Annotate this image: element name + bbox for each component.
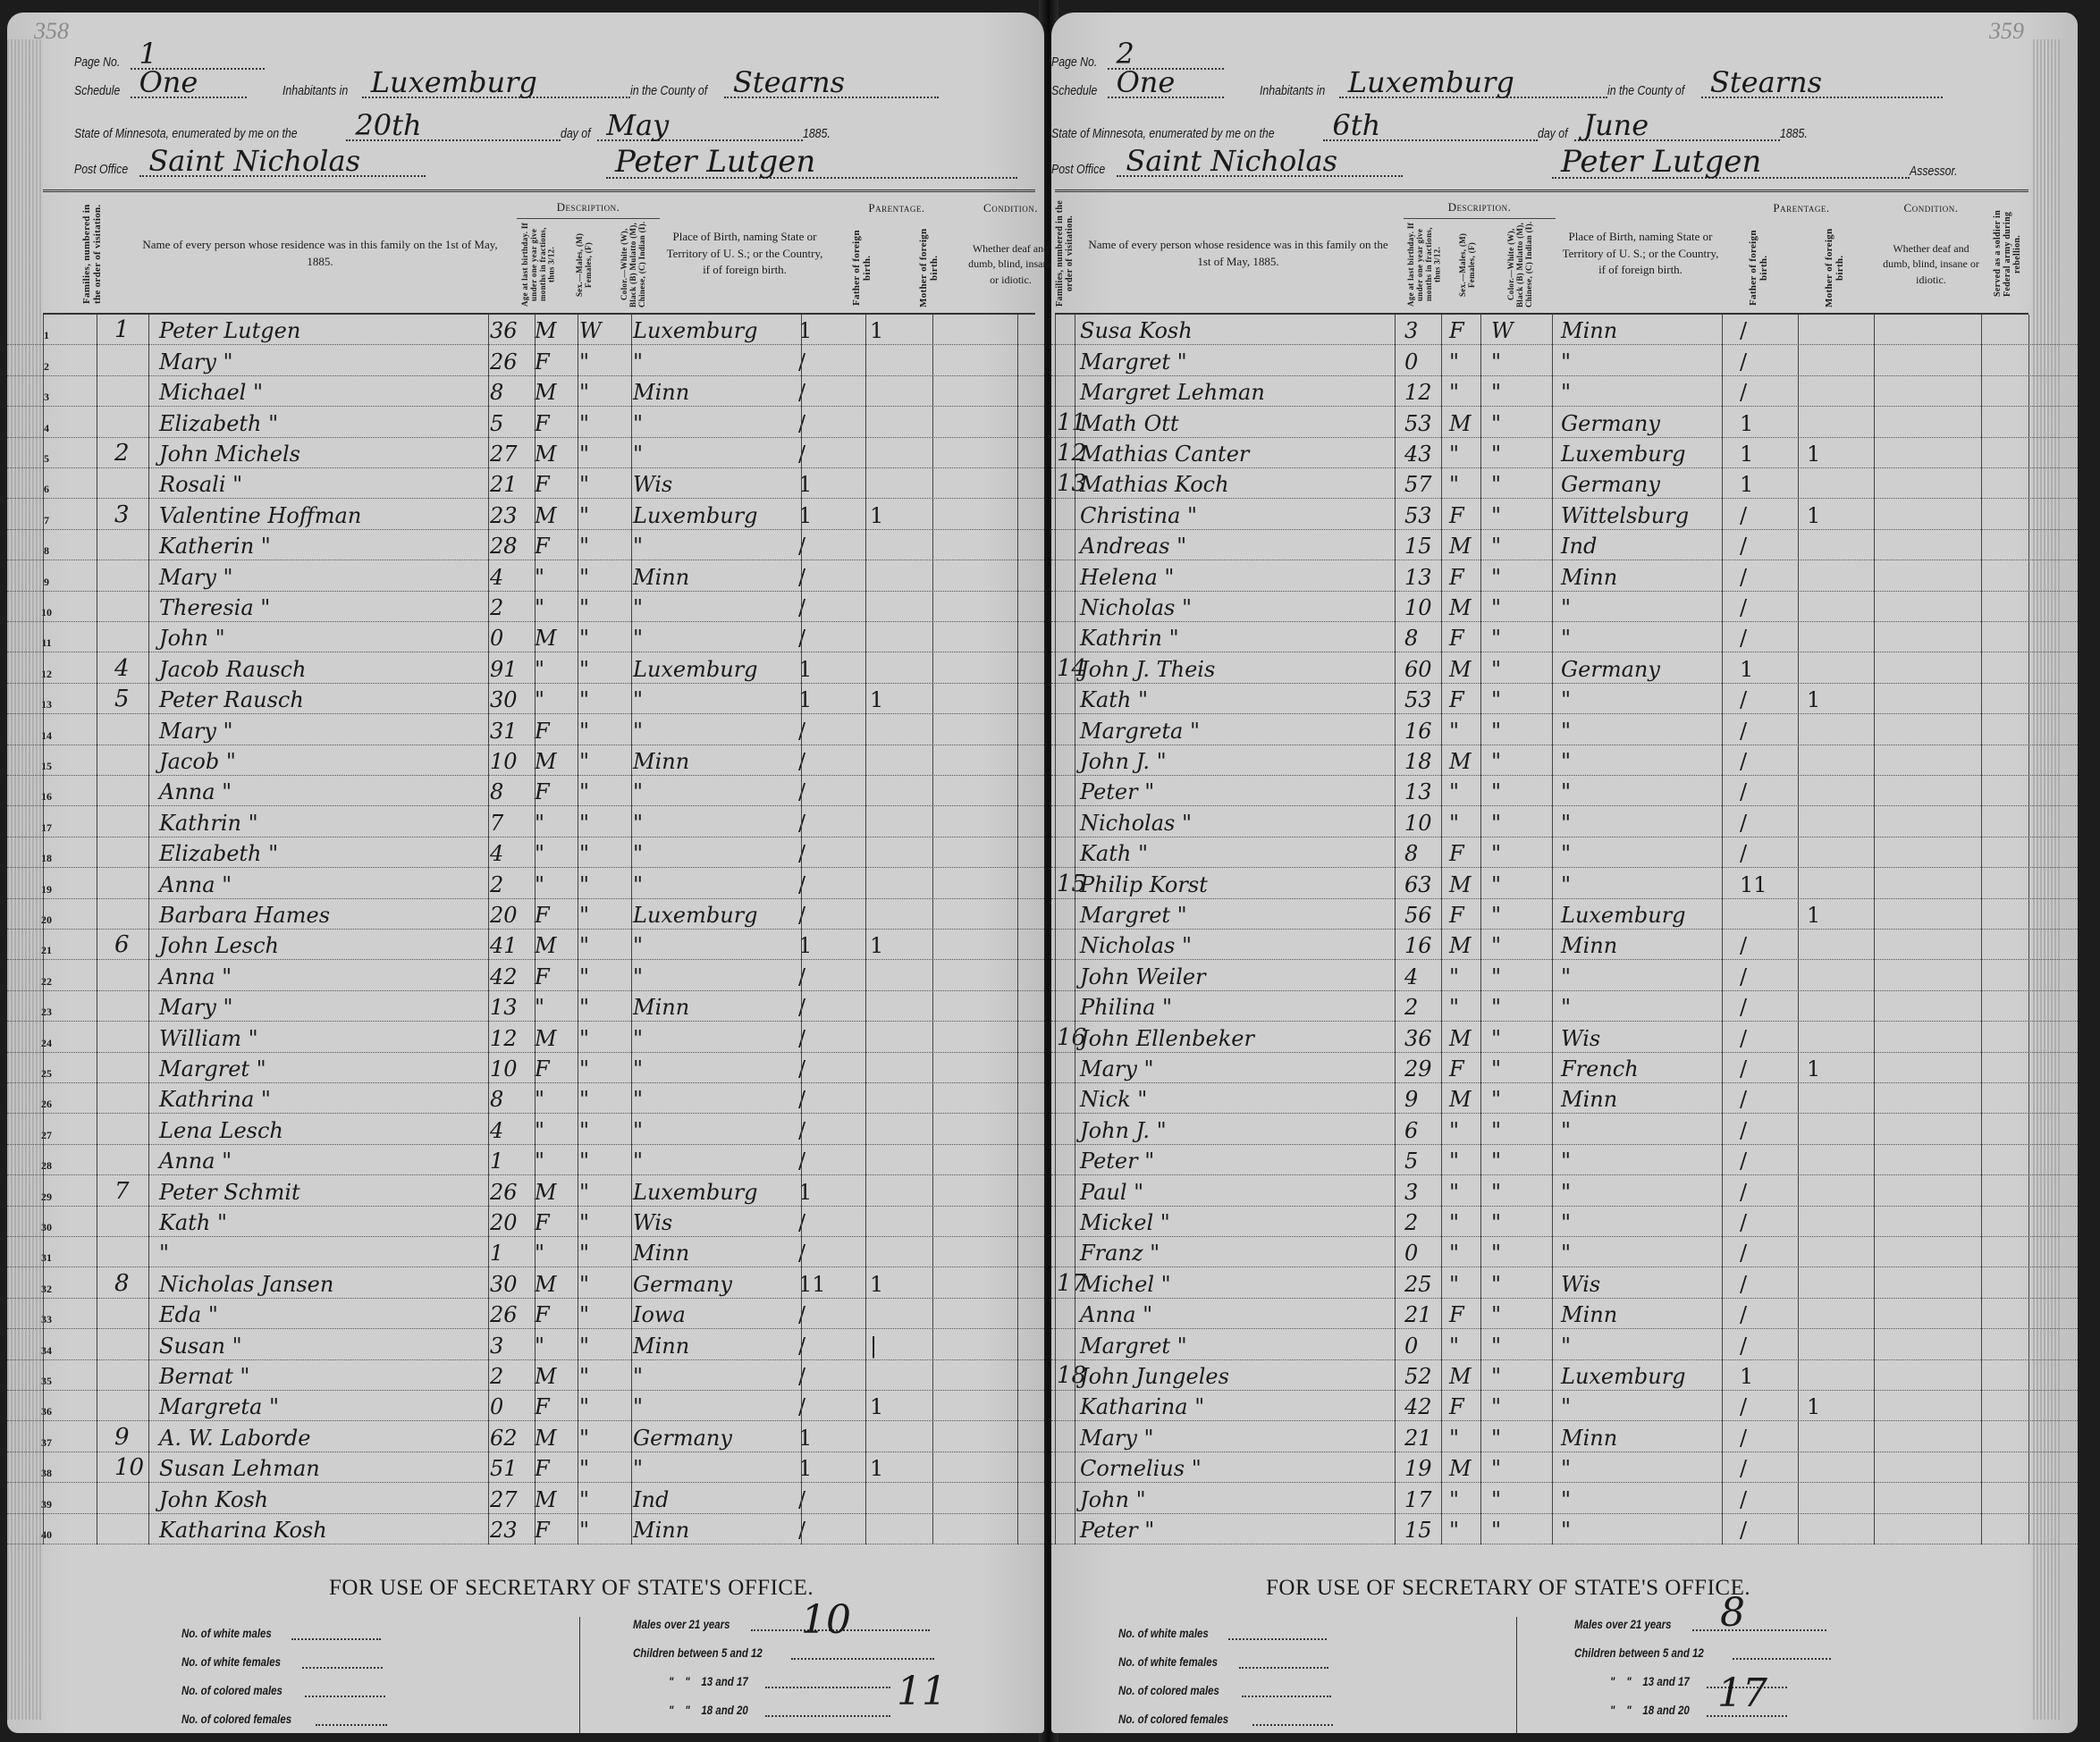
assessor-signature: Peter Lutgen xyxy=(606,147,1017,179)
table-row: Katharina "42F""/1 xyxy=(1051,1391,2078,1421)
person-name: Mary " xyxy=(1080,1427,1154,1449)
father-foreign-mark: / xyxy=(1740,1489,1747,1511)
line-number: 25 xyxy=(29,1067,64,1081)
post-office-label: Post Office xyxy=(1051,162,1105,177)
mother-foreign-mark: 1 xyxy=(1807,905,1820,926)
township-value: Luxemburg xyxy=(362,68,630,98)
township-value: Luxemburg xyxy=(1339,68,1607,98)
column-headers: Families, numbered in the order of visit… xyxy=(1055,189,2028,315)
line-number: 31 xyxy=(29,1251,64,1265)
father-foreign-mark: / xyxy=(1740,351,1747,373)
birthplace: Germany xyxy=(1561,474,1660,495)
person-name: " xyxy=(159,1242,169,1264)
census-page-1: 358 Page No. 1 Schedule One Inhabitants … xyxy=(7,13,1044,1733)
person-name: William " xyxy=(159,1028,258,1049)
person-name: Anna " xyxy=(159,966,232,988)
mother-foreign-mark: 1 xyxy=(870,935,883,956)
birthplace: " xyxy=(1561,751,1571,772)
assessor-signature: Peter Lutgen xyxy=(1552,147,1910,179)
family-number: 4 xyxy=(114,657,130,680)
person-name: Susan " xyxy=(159,1335,242,1357)
footer-white-males: No. of white males xyxy=(181,1626,272,1640)
father-foreign-mark: / xyxy=(1740,1304,1747,1325)
month-value: May xyxy=(597,111,803,141)
column-divider xyxy=(865,315,866,1544)
column-divider xyxy=(535,315,536,1544)
person-name: Kathrin " xyxy=(159,812,258,834)
person-name: Helena " xyxy=(1080,567,1174,588)
sex: " xyxy=(535,1335,544,1357)
color: " xyxy=(579,997,589,1018)
color: " xyxy=(1491,751,1501,772)
color: " xyxy=(1491,382,1501,403)
birthplace: " xyxy=(1561,1120,1571,1141)
header-description: Description. xyxy=(1448,199,1512,216)
father-foreign-mark: / xyxy=(798,567,805,588)
birthplace: Minn xyxy=(1561,935,1617,956)
person-name: Nicholas " xyxy=(1080,597,1192,619)
person-name: Paul " xyxy=(1080,1182,1143,1203)
birthplace: Wittelsburg xyxy=(1561,505,1689,526)
father-foreign-mark: / xyxy=(1740,535,1747,557)
column-divider xyxy=(97,315,97,1544)
person-name: Nicholas Jansen xyxy=(159,1274,333,1295)
sex: F xyxy=(535,351,550,373)
table-row: 16Anna "8F""/ xyxy=(7,776,1044,806)
birthplace: Luxemburg xyxy=(633,320,758,341)
county-label: in the County of xyxy=(1607,83,1684,98)
year-label: 1885. xyxy=(1780,126,1808,141)
page-header: Page No. 1 Schedule One Inhabitants in L… xyxy=(7,13,1044,187)
sex: M xyxy=(535,627,557,649)
color: " xyxy=(1491,659,1501,680)
person-name: Mathias Koch xyxy=(1080,474,1229,495)
age: 62 xyxy=(490,1427,518,1449)
father-foreign-mark: / xyxy=(798,1489,805,1511)
age: 4 xyxy=(490,1120,503,1141)
color: " xyxy=(1491,843,1501,864)
age: 1 xyxy=(490,1150,503,1172)
color: " xyxy=(1491,351,1501,373)
birthplace: Wis xyxy=(633,474,672,495)
age: 60 xyxy=(1404,659,1432,680)
line-number: 40 xyxy=(29,1528,64,1542)
age: 15 xyxy=(1404,1519,1432,1541)
line-number: 36 xyxy=(29,1405,64,1418)
sex: " xyxy=(535,874,544,896)
family-number: 10 xyxy=(114,1456,144,1479)
birthplace: " xyxy=(1561,1212,1571,1233)
table-row: 16John Ellenbeker36M"Wis/ xyxy=(1051,1022,2078,1052)
month-value: June xyxy=(1574,111,1780,141)
father-foreign-mark: 1 xyxy=(1740,474,1753,495)
person-name: Margreta " xyxy=(1080,720,1200,742)
table-row: 36Margreta "0F""/1 xyxy=(7,1391,1044,1421)
family-number: 1 xyxy=(114,318,130,341)
table-row: Kathrin "8F""/ xyxy=(1051,622,2078,652)
birthplace: Luxemburg xyxy=(1561,1366,1686,1387)
birthplace: Minn xyxy=(633,382,689,403)
father-foreign-mark: / xyxy=(798,1089,805,1110)
age: 30 xyxy=(490,1274,518,1295)
line-number: 22 xyxy=(29,975,64,989)
sex: " xyxy=(1449,351,1459,373)
sex: " xyxy=(1449,1120,1459,1141)
sex: M xyxy=(1449,413,1472,434)
line-number: 2 xyxy=(29,360,64,374)
color: " xyxy=(579,905,589,926)
birthplace: " xyxy=(633,1120,643,1141)
line-number: 38 xyxy=(29,1467,64,1480)
column-divider xyxy=(1798,315,1799,1544)
father-foreign-mark: / xyxy=(1740,567,1747,588)
age: 42 xyxy=(490,966,518,988)
table-row: John J. "6"""/ xyxy=(1051,1114,2078,1144)
birthplace: " xyxy=(1561,1489,1571,1511)
birthplace: " xyxy=(1561,689,1571,711)
person-name: Cornelius " xyxy=(1080,1458,1202,1479)
person-name: Kath " xyxy=(159,1212,227,1233)
color: " xyxy=(1491,1335,1501,1357)
color: " xyxy=(1491,689,1501,711)
age: 6 xyxy=(1404,1120,1418,1141)
sex: M xyxy=(535,1366,557,1387)
table-row: 3810Susan Lehman51F""11 xyxy=(7,1452,1044,1483)
sex: " xyxy=(535,1089,544,1110)
footer-males-over-21: Males over 21 years xyxy=(633,1617,730,1631)
age: 26 xyxy=(490,351,518,373)
age: 91 xyxy=(490,659,518,680)
mother-foreign-mark: 1 xyxy=(870,1458,883,1479)
sex: M xyxy=(535,320,557,341)
table-row: Franz "0"""/ xyxy=(1051,1237,2078,1267)
birthplace: Luxemburg xyxy=(633,659,758,680)
schedule-value: One xyxy=(131,68,247,98)
line-number: 16 xyxy=(29,790,64,804)
page-header: Page No. 2 Schedule One Inhabitants in L… xyxy=(1051,13,2078,187)
table-row: 14John J. Theis60M"Germany1 xyxy=(1051,652,2078,683)
age: 57 xyxy=(1404,474,1432,495)
person-name: Anna " xyxy=(1080,1304,1152,1325)
sex: F xyxy=(535,1212,550,1233)
color: " xyxy=(579,1458,589,1479)
father-foreign-mark: / xyxy=(798,443,805,465)
birthplace: " xyxy=(1561,1335,1571,1357)
color: " xyxy=(579,1028,589,1049)
person-name: John Ellenbeker xyxy=(1080,1028,1254,1049)
header-father-foreign: Father of foreign birth. xyxy=(851,228,873,308)
family-number: 9 xyxy=(114,1426,130,1449)
sex: " xyxy=(1449,720,1459,742)
birthplace: " xyxy=(1561,597,1571,619)
sex: " xyxy=(1449,966,1459,988)
color: " xyxy=(579,966,589,988)
line-number: 12 xyxy=(29,668,64,681)
person-name: Valentine Hoffman xyxy=(159,505,361,526)
line-number: 17 xyxy=(29,821,64,835)
footer-value-males-over-21: 8 xyxy=(1720,1590,1745,1636)
color: " xyxy=(1491,812,1501,834)
father-foreign-mark: / xyxy=(1740,843,1747,864)
column-divider xyxy=(1552,315,1553,1544)
person-name: Philina " xyxy=(1080,997,1172,1018)
column-divider xyxy=(148,315,149,1544)
column-divider xyxy=(1395,315,1396,1544)
line-number: 9 xyxy=(29,576,64,589)
header-mother-foreign: Mother of foreign birth. xyxy=(1824,228,1845,308)
color: " xyxy=(579,474,589,495)
father-foreign-mark: / xyxy=(798,843,805,864)
sex: " xyxy=(1449,1242,1459,1264)
table-row: Anna "21F"Minn/ xyxy=(1051,1299,2078,1329)
header-birthplace: Place of Birth, naming State or Territor… xyxy=(1560,229,1721,280)
father-foreign-mark: 11 xyxy=(1740,874,1767,896)
enumerated-label: State of Minnesota, enumerated by me on … xyxy=(74,126,298,141)
father-foreign-mark: / xyxy=(798,1396,805,1418)
table-row: Peter "5"""/ xyxy=(1051,1145,2078,1175)
table-row: Christina "53F"Wittelsburg/1 xyxy=(1051,499,2078,529)
person-name: Katharina " xyxy=(1080,1396,1204,1418)
color: " xyxy=(1491,443,1501,465)
father-foreign-mark: / xyxy=(1740,812,1747,834)
person-name: A. W. Laborde xyxy=(159,1427,310,1449)
table-row: 33Eda "26F"Iowa/ xyxy=(7,1299,1044,1329)
color: " xyxy=(579,1120,589,1141)
father-foreign-mark: / xyxy=(798,874,805,896)
father-foreign-mark: / xyxy=(798,1335,805,1357)
birthplace: " xyxy=(1561,1519,1571,1541)
birthplace: Minn xyxy=(633,997,689,1018)
line-number: 35 xyxy=(29,1375,64,1388)
mother-foreign-mark: | xyxy=(870,1335,877,1357)
table-row: 31"1""Minn/ xyxy=(7,1237,1044,1267)
line-number: 13 xyxy=(29,698,64,711)
father-foreign-mark: / xyxy=(798,1366,805,1387)
header-condition: Condition. xyxy=(1904,200,1959,217)
table-row: 27Lena Lesch4"""/ xyxy=(7,1114,1044,1144)
family-number: 6 xyxy=(114,933,130,956)
day-of-label: day of xyxy=(561,126,591,141)
birthplace: " xyxy=(633,843,643,864)
sex: M xyxy=(535,1427,557,1449)
person-name: John Michels xyxy=(159,443,300,465)
age: 7 xyxy=(490,812,503,834)
sex: F xyxy=(1449,1058,1464,1080)
birthplace: " xyxy=(1561,1150,1571,1172)
color: " xyxy=(1491,1458,1501,1479)
color: " xyxy=(579,1182,589,1203)
table-row: Mary "29F"French/1 xyxy=(1051,1053,2078,1083)
color: " xyxy=(579,627,589,649)
father-foreign-mark: / xyxy=(1740,1058,1747,1080)
age: 8 xyxy=(1404,627,1418,649)
age: 28 xyxy=(490,535,518,557)
header-description: Description. xyxy=(557,199,620,216)
sex: F xyxy=(1449,627,1464,649)
table-row: Kath "53F""/1 xyxy=(1051,684,2078,714)
post-office-value: Saint Nicholas xyxy=(1117,147,1403,177)
person-name: Andreas " xyxy=(1080,535,1186,557)
birthplace: Germany xyxy=(1561,413,1660,434)
sex: M xyxy=(535,382,557,403)
person-name: John Jungeles xyxy=(1080,1366,1229,1387)
inhabitants-label: Inhabitants in xyxy=(283,83,348,98)
person-name: Margret " xyxy=(1080,1335,1187,1357)
birthplace: Minn xyxy=(633,1242,689,1264)
table-row: 30Kath "20F"Wis/ xyxy=(7,1207,1044,1237)
table-row: 22Anna "42F""/ xyxy=(7,960,1044,990)
birthplace: " xyxy=(633,1089,643,1110)
age: 13 xyxy=(1404,781,1432,803)
father-foreign-mark: / xyxy=(798,966,805,988)
person-name: Philip Korst xyxy=(1080,874,1208,896)
color: " xyxy=(1491,905,1501,926)
age: 0 xyxy=(490,627,503,649)
birthplace: " xyxy=(1561,1242,1571,1264)
age: 10 xyxy=(1404,597,1432,619)
table-row: 328Nicholas Jansen30M"Germany111 xyxy=(7,1267,1044,1298)
person-name: Margret " xyxy=(1080,905,1187,926)
birthplace: " xyxy=(1561,812,1571,834)
person-name: John " xyxy=(159,627,225,649)
sex: M xyxy=(535,1028,557,1049)
schedule-value: One xyxy=(1108,68,1224,98)
county-label: in the County of xyxy=(630,83,707,98)
line-number: 18 xyxy=(29,852,64,865)
color: " xyxy=(1491,1182,1501,1203)
footer-colored-females: No. of colored females xyxy=(1118,1712,1228,1726)
father-foreign-mark: / xyxy=(1740,1458,1747,1479)
age: 2 xyxy=(490,874,503,896)
table-row: 124Jacob Rausch91""Luxemburg1 xyxy=(7,652,1044,683)
person-name: Anna " xyxy=(159,874,232,896)
line-number: 33 xyxy=(29,1313,64,1326)
father-foreign-mark: 1 xyxy=(1740,659,1753,680)
father-foreign-mark: / xyxy=(798,1212,805,1233)
footer-title: FOR USE OF SECRETARY OF STATE'S OFFICE. xyxy=(329,1576,814,1601)
table-row: 35Bernat "2M""/ xyxy=(7,1360,1044,1391)
person-name: Franz " xyxy=(1080,1242,1160,1264)
footer-colored-males: No. of colored males xyxy=(1118,1683,1219,1697)
color: " xyxy=(579,1335,589,1357)
person-name: Peter " xyxy=(1080,1519,1154,1541)
mother-foreign-mark: 1 xyxy=(1807,443,1820,465)
color: " xyxy=(579,751,589,772)
table-row: Nicholas "10"""/ xyxy=(1051,806,2078,837)
color: " xyxy=(579,781,589,803)
sex: M xyxy=(535,1489,557,1511)
age: 30 xyxy=(490,689,518,711)
column-divider xyxy=(801,315,802,1544)
column-divider xyxy=(1480,315,1481,1544)
birthplace: " xyxy=(633,627,643,649)
table-row: Nick "9M"Minn/ xyxy=(1051,1083,2078,1114)
column-divider xyxy=(1075,315,1075,1544)
father-foreign-mark: / xyxy=(1740,689,1747,711)
color: " xyxy=(579,1242,589,1264)
sex: M xyxy=(535,751,557,772)
county-value: Stearns xyxy=(1701,68,1943,98)
table-row: Margret "56F"Luxemburg1 xyxy=(1051,899,2078,930)
color: " xyxy=(1491,720,1501,742)
birthplace: " xyxy=(633,720,643,742)
footer-title: FOR USE OF SECRETARY OF STATE'S OFFICE. xyxy=(1266,1576,1750,1601)
color: " xyxy=(1491,966,1501,988)
line-number: 8 xyxy=(29,544,64,558)
color: " xyxy=(579,874,589,896)
person-name: Theresia " xyxy=(159,597,270,619)
birthplace: " xyxy=(633,874,643,896)
age: 2 xyxy=(1404,997,1418,1018)
father-foreign-mark: / xyxy=(1740,627,1747,649)
sex: F xyxy=(535,1058,550,1080)
line-number: 4 xyxy=(29,422,64,435)
line-number: 29 xyxy=(29,1191,64,1204)
sex: F xyxy=(535,1519,550,1541)
table-row: Margreta "16"""/ xyxy=(1051,714,2078,745)
color: " xyxy=(579,1396,589,1418)
header-father-foreign: Father of foreign birth. xyxy=(1748,228,1769,308)
person-name: Nicholas " xyxy=(1080,935,1192,956)
father-foreign-mark: / xyxy=(1740,1028,1747,1049)
person-name: Margreta " xyxy=(159,1396,279,1418)
age: 53 xyxy=(1404,413,1432,434)
table-row: Susa Kosh3FWMinn/ xyxy=(1051,315,2078,345)
sex: M xyxy=(535,1274,557,1295)
header-condition-detail: Whether deaf and dumb, blind, insane or … xyxy=(968,241,1053,288)
line-number: 6 xyxy=(29,483,64,496)
line-number: 27 xyxy=(29,1129,64,1142)
birthplace: Minn xyxy=(633,567,689,588)
person-name: Elizabeth " xyxy=(159,843,278,864)
age: 53 xyxy=(1404,689,1432,711)
color: " xyxy=(579,535,589,557)
color: " xyxy=(1491,1489,1501,1511)
column-divider xyxy=(1874,315,1875,1544)
birthplace: " xyxy=(1561,781,1571,803)
birthplace: Minn xyxy=(1561,320,1617,341)
footer-value-children-18-20: 11 xyxy=(897,1669,947,1714)
father-foreign-mark: / xyxy=(1740,382,1747,403)
line-number: 32 xyxy=(29,1283,64,1296)
table-row: 297Peter Schmit26M"Luxemburg1 xyxy=(7,1175,1044,1206)
color: " xyxy=(1491,781,1501,803)
birthplace: Minn xyxy=(1561,1089,1617,1110)
sex: F xyxy=(535,413,550,434)
birthplace: Minn xyxy=(1561,1427,1617,1449)
age: 5 xyxy=(1404,1150,1418,1172)
sex: F xyxy=(1449,1396,1464,1418)
birthplace: " xyxy=(633,443,643,465)
table-row: Nicholas "16M"Minn/ xyxy=(1051,930,2078,960)
father-foreign-mark: / xyxy=(798,1058,805,1080)
line-number: 5 xyxy=(29,452,64,466)
sex: F xyxy=(1449,905,1464,926)
sex: " xyxy=(535,659,544,680)
sex: F xyxy=(535,1304,550,1325)
birthplace: " xyxy=(1561,874,1571,896)
sex: M xyxy=(1449,597,1472,619)
birthplace: " xyxy=(633,1396,643,1418)
person-name: Susan Lehman xyxy=(159,1458,320,1479)
table-row: 28Anna "1"""/ xyxy=(7,1145,1044,1175)
header-age: Age at last birthday. If under one year … xyxy=(1407,221,1443,308)
line-number: 26 xyxy=(29,1098,64,1111)
father-foreign-mark: 1 xyxy=(1740,413,1753,434)
father-foreign-mark: / xyxy=(798,1519,805,1541)
table-row: Cornelius "19M""/ xyxy=(1051,1452,2078,1483)
person-name: Peter " xyxy=(1080,781,1154,803)
